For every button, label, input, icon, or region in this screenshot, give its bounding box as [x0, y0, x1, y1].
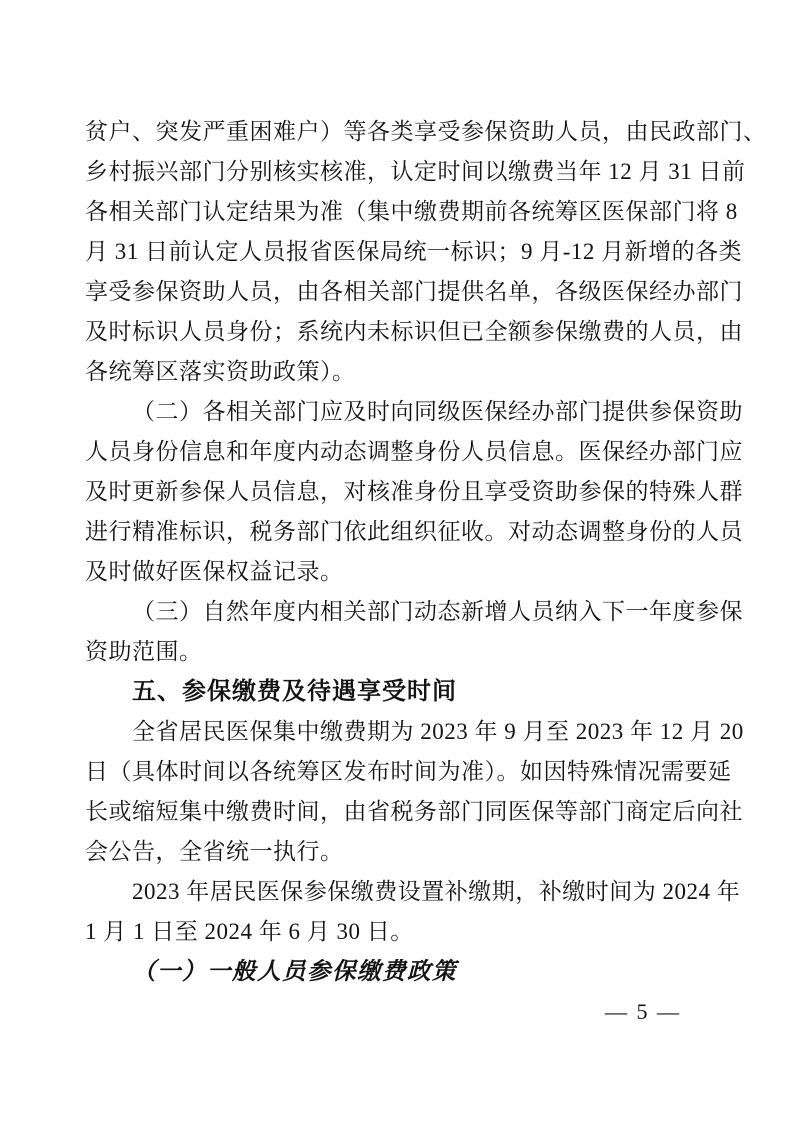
body-line: 进行精准标识，税务部门依此组织征收。对动态调整身份的人员: [85, 512, 717, 552]
text-block: 贫户、突发严重困难户）等各类享受参保资助人员，由民政部门、 乡村振兴部门分别核实…: [85, 112, 717, 992]
section-heading-5: 五、参保缴费及待遇享受时间: [85, 672, 717, 712]
page-number: — 5 —: [605, 996, 681, 1028]
body-line: 乡村振兴部门分别核实核准，认定时间以缴费当年 12 月 31 日前: [85, 152, 717, 192]
body-line-paragraph-3-start: （三）自然年度内相关部门动态新增人员纳入下一年度参保: [85, 592, 717, 632]
body-line: 贫户、突发严重困难户）等各类享受参保资助人员，由民政部门、: [85, 112, 717, 152]
subsection-heading-1: （一）一般人员参保缴费政策: [85, 952, 717, 992]
body-line: 及时做好医保权益记录。: [85, 552, 717, 592]
body-line: 及时更新参保人员信息，对核准身份且享受资助参保的特殊人群: [85, 472, 717, 512]
body-line: 及时标识人员身份；系统内未标识但已全额参保缴费的人员，由: [85, 312, 717, 352]
body-line-paragraph-2-start: （二）各相关部门应及时向同级医保经办部门提供参保资助: [85, 392, 717, 432]
body-line: 1 月 1 日至 2024 年 6 月 30 日。: [85, 912, 717, 952]
body-line: 享受参保资助人员，由各相关部门提供名单，各级医保经办部门: [85, 272, 717, 312]
body-line: 长或缩短集中缴费时间，由省税务部门同医保等部门商定后向社: [85, 792, 717, 832]
body-line: 人员身份信息和年度内动态调整身份人员信息。医保经办部门应: [85, 432, 717, 472]
body-line-paragraph-4-start: 全省居民医保集中缴费期为 2023 年 9 月至 2023 年 12 月 20: [85, 712, 717, 752]
body-line-paragraph-5-start: 2023 年居民医保参保缴费设置补缴期，补缴时间为 2024 年: [85, 872, 717, 912]
document-page: 贫户、突发严重困难户）等各类享受参保资助人员，由民政部门、 乡村振兴部门分别核实…: [0, 0, 793, 1122]
body-line: 资助范围。: [85, 632, 717, 672]
body-line: 月 31 日前认定人员报省医保局统一标识；9 月-12 月新增的各类: [85, 232, 717, 272]
body-line: 各相关部门认定结果为准（集中缴费期前各统筹区医保部门将 8: [85, 192, 717, 232]
body-line: 各统筹区落实资助政策）。: [85, 352, 717, 392]
body-line: 会公告，全省统一执行。: [85, 832, 717, 872]
body-line: 日（具体时间以各统筹区发布时间为准）。如因特殊情况需要延: [85, 752, 717, 792]
